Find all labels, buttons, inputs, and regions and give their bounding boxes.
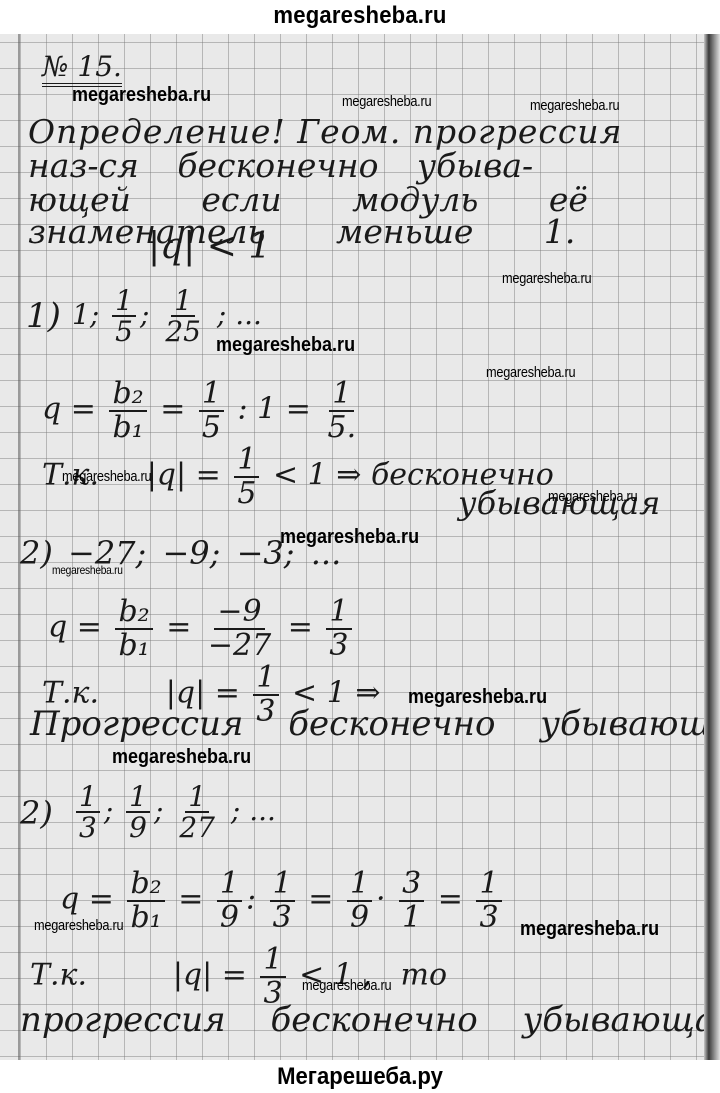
fraction: b₂b₁ — [115, 596, 152, 661]
watermark: megaresheba.ru — [408, 686, 547, 709]
fraction: 125 — [162, 286, 204, 347]
fraction: 15 — [112, 286, 136, 347]
watermark: megaresheba.ru — [342, 93, 431, 110]
fraction: 19 — [126, 782, 150, 843]
watermark: megaresheba.ru — [548, 488, 637, 505]
watermark: megaresheba.ru — [34, 917, 123, 934]
fraction: 31 — [399, 868, 424, 933]
watermark: megaresheba.ru — [302, 977, 391, 994]
watermark: megaresheba.ru — [530, 97, 619, 114]
watermark: megaresheba.ru — [502, 270, 591, 287]
fraction: −9−27 — [205, 596, 274, 661]
part-2-q-calc: q = b₂b₁ = −9−27 = 13 — [48, 596, 356, 661]
fraction: 19 — [217, 868, 242, 933]
site-footer: Мегарешеба.ру — [29, 1060, 691, 1093]
fraction: 15. — [324, 378, 359, 443]
condition: |q| < 1 — [148, 226, 271, 267]
part-1-label: 1) — [26, 296, 61, 336]
watermark: megaresheba.ru — [52, 563, 123, 577]
site-header: megaresheba.ru — [29, 0, 691, 34]
part-3-label: 2) — [20, 794, 53, 832]
part-2-conclusion-line-2: Прогрессия бесконечно убывающая — [30, 704, 720, 744]
watermark: megaresheba.ru — [72, 84, 211, 107]
task-number: № 15. — [42, 50, 122, 87]
definition-line-4: знаменатель меньше 1. — [28, 212, 575, 251]
watermark: megaresheba.ru — [216, 334, 355, 357]
fraction: 13 — [326, 596, 351, 661]
watermark: megaresheba.ru — [112, 746, 251, 769]
watermark: megaresheba.ru — [62, 468, 151, 485]
watermark: megaresheba.ru — [486, 364, 575, 381]
part-2-label: 2) — [20, 534, 53, 572]
part-1-q-calc: q = b₂b₁ = 15 : 1 = 15. — [42, 378, 363, 443]
fraction: 13 — [76, 782, 100, 843]
watermark: megaresheba.ru — [520, 918, 659, 941]
fraction: 13 — [270, 868, 295, 933]
fraction: 15 — [199, 378, 224, 443]
watermark: megaresheba.ru — [280, 526, 419, 549]
fraction: 127 — [176, 782, 218, 843]
fraction: 13 — [476, 868, 501, 933]
fraction: 15 — [234, 444, 259, 509]
part-3-conclusion-line-2: прогрессия бесконечно убывающая — [20, 1000, 720, 1040]
fraction: b₂b₁ — [109, 378, 146, 443]
fraction: b₂b₁ — [127, 868, 164, 933]
part-3-q-calc: q = b₂b₁ = 19: 13 = 19· 31 = 13 — [60, 868, 506, 933]
part-3-sequence: 13; 19; 127 ; ... — [72, 782, 276, 843]
fraction: 19 — [347, 868, 372, 933]
